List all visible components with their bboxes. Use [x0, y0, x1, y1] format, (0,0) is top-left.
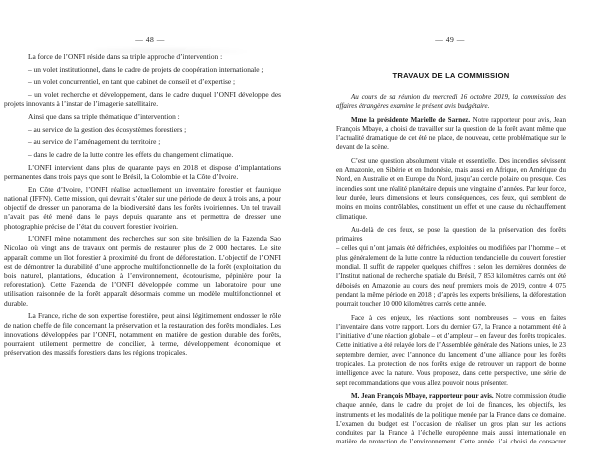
page-49-body: Au cours de sa réunion du mercredi 16 oc… — [336, 93, 566, 443]
paragraph: – un volet institutionnel, dans le cadre… — [4, 65, 281, 74]
speech-paragraph: M. Jean François Mbaye, rapporteur pour … — [336, 392, 566, 443]
paragraph: L’ONFI mène notamment des recherches sur… — [4, 234, 281, 308]
paragraph: – dans le cadre de la lutte contre les e… — [4, 150, 281, 159]
paragraph: Face à ces enjeux, les réactions sont no… — [336, 314, 566, 388]
paragraph: Au cours de sa réunion du mercredi 16 oc… — [336, 93, 566, 112]
paragraph: – un volet recherche et développement, d… — [4, 90, 281, 108]
speaker-name: M. Jean François Mbaye, rapporteur pour … — [351, 392, 494, 400]
paragraph: – au service de la gestion des écosystèm… — [4, 125, 281, 134]
page-48-body: La force de l’ONFI réside dans sa triple… — [4, 52, 281, 433]
paragraph: La force de l’ONFI réside dans sa triple… — [4, 52, 281, 61]
page-49: — 49 — TRAVAUX DE LA COMMISSION Au cours… — [300, 0, 600, 463]
speech-paragraph: Mme la présidente Marielle de Sarnez. No… — [336, 116, 566, 153]
paragraph: En Côte d’Ivoire, l’ONFI réalise actuell… — [4, 185, 281, 231]
document-spread: — 48 — La force de l’ONFI réside dans sa… — [0, 0, 600, 463]
paragraph: La France, riche de son expertise forest… — [4, 311, 281, 357]
paragraph: Au-delà de ces feux, se pose la question… — [336, 226, 566, 310]
page-48: — 48 — La force de l’ONFI réside dans sa… — [0, 0, 300, 463]
paragraph: Ainsi que dans sa triple thématique d’in… — [4, 112, 281, 121]
paragraph: C’est une question absolument vitale et … — [336, 157, 566, 222]
section-heading: TRAVAUX DE LA COMMISSION — [336, 71, 566, 80]
page-number-left: — 48 — — [0, 35, 300, 44]
page-number-right: — 49 — — [300, 35, 600, 44]
paragraph: L’ONFI intervient dans plus de quarante … — [4, 163, 281, 181]
paragraph: – un volet concurrentiel, en tant que ca… — [4, 77, 281, 86]
paragraph: – au service de l’aménagement du territo… — [4, 137, 281, 146]
speaker-name: Mme la présidente Marielle de Sarnez. — [351, 116, 470, 124]
